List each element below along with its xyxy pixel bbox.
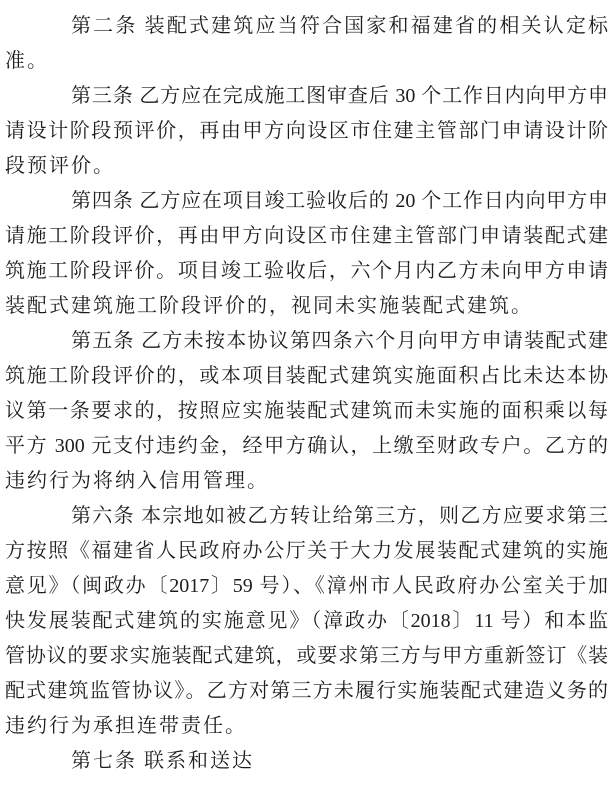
text-line: 装配式建筑施工阶段评价的，视同未实施装配式建筑。 (5, 289, 608, 324)
text-line: 第五条 乙方未按本协议第四条六个月向甲方申请装配式建 (5, 324, 608, 359)
text-line: 配式建筑监管协议》。乙方对第三方未履行实施装配式建造义务的 (5, 674, 608, 709)
paragraph-article-3: 第三条 乙方应在完成施工图审查后 30 个工作日内向甲方申请设计阶段预评价，再由… (5, 79, 608, 184)
text-line: 筑施工阶段评价。项目竣工验收后，六个月内乙方未向甲方申请 (5, 254, 608, 289)
text-line: 第二条 装配式建筑应当符合国家和福建省的相关认定标 (5, 9, 608, 44)
text-line: 快发展装配式建筑的实施意见》（漳政办〔2018〕11 号）和本监 (5, 604, 608, 639)
text-line: 违约行为承担连带责任。 (5, 709, 608, 744)
paragraph-article-4: 第四条 乙方应在项目竣工验收后的 20 个工作日内向甲方申请施工阶段评价，再由甲… (5, 184, 608, 324)
paragraph-article-2: 第二条 装配式建筑应当符合国家和福建省的相关认定标准。 (5, 9, 608, 79)
text-line: 第七条 联系和送达 (5, 744, 608, 779)
paragraph-article-7: 第七条 联系和送达 (5, 744, 608, 779)
text-line: 请设计阶段预评价，再由甲方向设区市住建主管部门申请设计阶 (5, 114, 608, 149)
text-line: 违约行为将纳入信用管理。 (5, 464, 608, 499)
text-line: 议第一条要求的，按照应实施装配式建筑而未实施的面积乘以每 (5, 394, 608, 429)
text-line: 筑施工阶段评价的，或本项目装配式建筑实施面积占比未达本协 (5, 359, 608, 394)
text-line: 平方 300 元支付违约金，经甲方确认，上缴至财政专户。乙方的 (5, 429, 608, 464)
text-line: 管协议的要求实施装配式建筑，或要求第三方与甲方重新签订《装 (5, 639, 608, 674)
document-body: 第二条 装配式建筑应当符合国家和福建省的相关认定标准。第三条 乙方应在完成施工图… (5, 9, 608, 779)
text-line: 方按照《福建省人民政府办公厅关于大力发展装配式建筑的实施 (5, 534, 608, 569)
text-line: 第四条 乙方应在项目竣工验收后的 20 个工作日内向甲方申 (5, 184, 608, 219)
document-page: 第二条 装配式建筑应当符合国家和福建省的相关认定标准。第三条 乙方应在完成施工图… (0, 0, 616, 795)
text-line: 段预评价。 (5, 149, 608, 184)
text-line: 意见》（闽政办〔2017〕59 号）、《漳州市人民政府办公室关于加 (5, 569, 608, 604)
text-line: 准。 (5, 44, 608, 79)
text-line: 请施工阶段评价，再由甲方向设区市住建主管部门申请装配式建 (5, 219, 608, 254)
text-line: 第三条 乙方应在完成施工图审查后 30 个工作日内向甲方申 (5, 79, 608, 114)
paragraph-article-5: 第五条 乙方未按本协议第四条六个月向甲方申请装配式建筑施工阶段评价的，或本项目装… (5, 324, 608, 499)
paragraph-article-6: 第六条 本宗地如被乙方转让给第三方，则乙方应要求第三方按照《福建省人民政府办公厅… (5, 499, 608, 744)
text-line: 第六条 本宗地如被乙方转让给第三方，则乙方应要求第三 (5, 499, 608, 534)
